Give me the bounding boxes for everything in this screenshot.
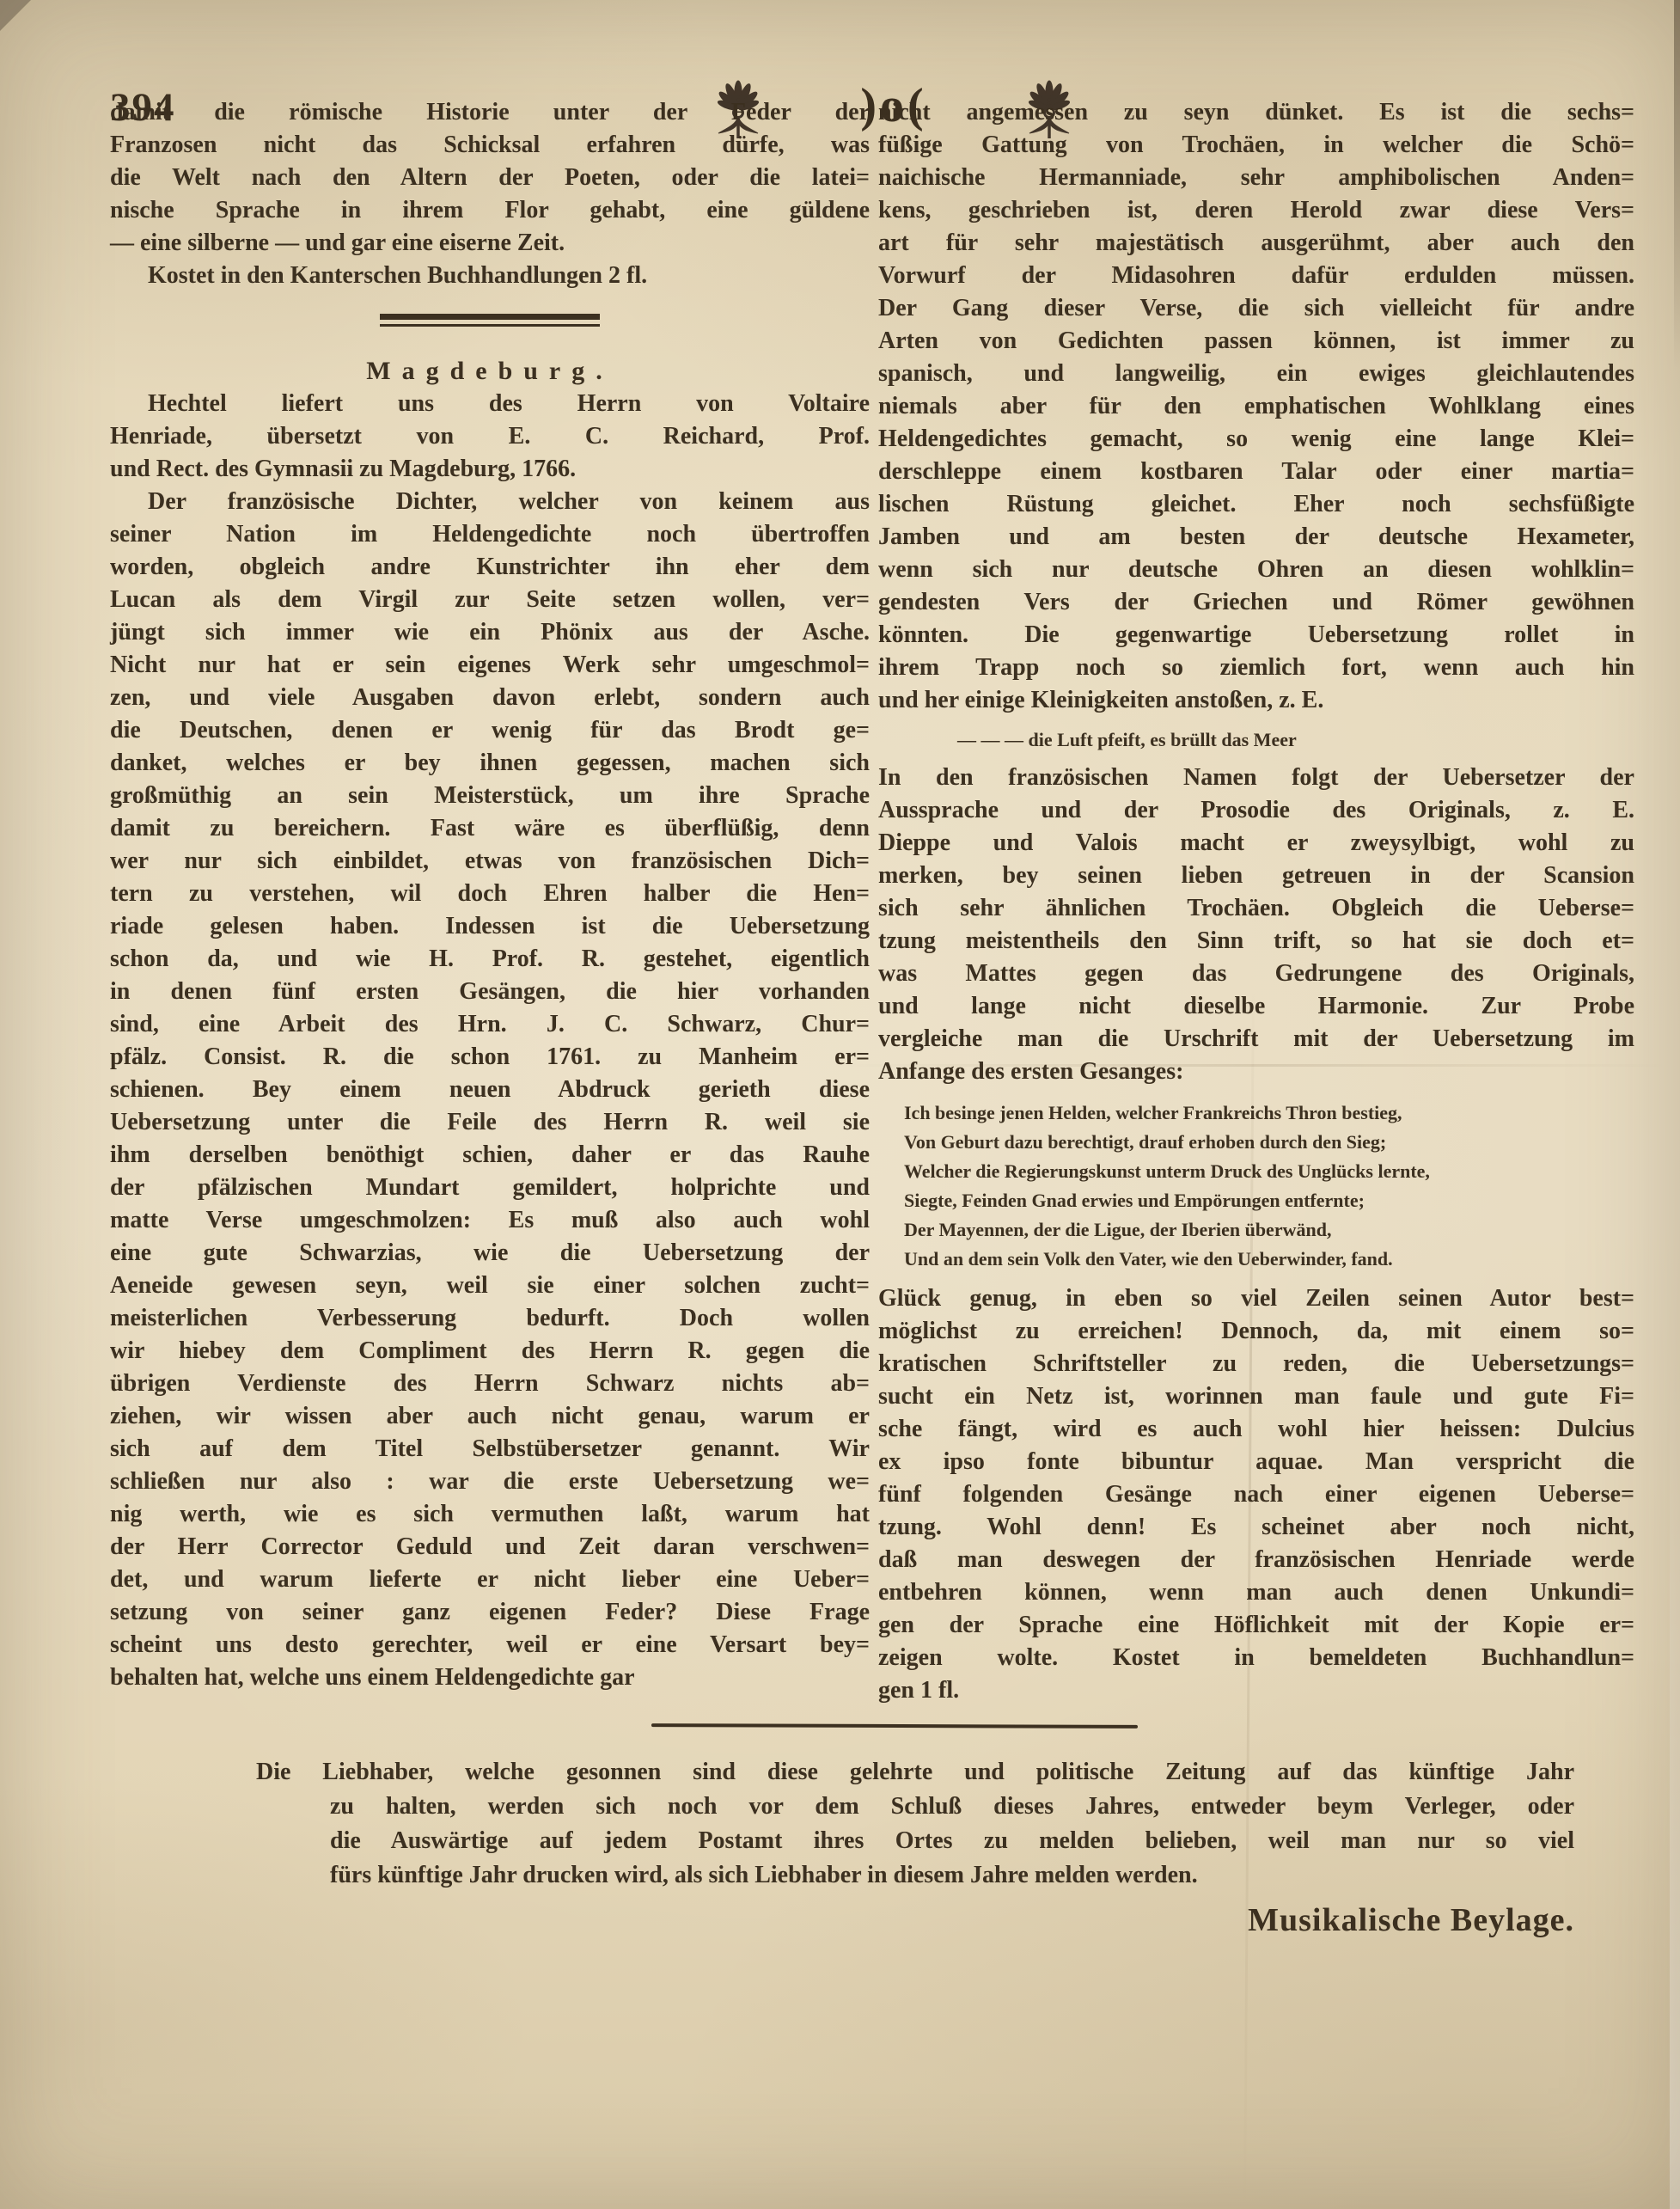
text-line: ex ipso fonte bibuntur aquae. Man verspr… [878, 1446, 1634, 1478]
paper-edge-highlight [1670, 1367, 1680, 2209]
subscription-notice: Die Liebhaber, welche gesonnen sind dies… [256, 1755, 1574, 1893]
text-line: jüngt sich immer wie ein Phönix aus der … [110, 616, 870, 649]
text-line: Der französische Dichter, welcher von ke… [110, 486, 870, 518]
text-line: worden, obgleich andre Kunstrichter ihn … [110, 551, 870, 584]
text-line: vergleiche man die Urschrift mit der Ueb… [878, 1023, 1634, 1056]
text-line: det, und warum lieferte er nicht lieber … [110, 1563, 870, 1596]
section-divider [380, 314, 600, 327]
notice-line: fürs künftige Jahr drucken wird, als sic… [256, 1858, 1574, 1893]
text-line: der pfälzischen Mundart gemildert, holpr… [110, 1172, 870, 1204]
text-line: In den französischen Namen folgt der Ueb… [878, 762, 1634, 794]
text-line: entbehren können, wenn man auch denen Un… [878, 1576, 1634, 1609]
verse-line: Ich besinge jenen Helden, welcher Frankr… [904, 1098, 1634, 1128]
text-line: — eine silberne — und gar eine eiserne Z… [110, 227, 870, 260]
text-line: damit zu bereichern. Fast wäre es überfl… [110, 812, 870, 845]
text-line: riade gelesen haben. Indessen ist die Ue… [110, 910, 870, 943]
section-heading: Magdeburg. [110, 355, 870, 388]
verse-line: Von Geburt dazu berechtigt, drauf erhobe… [904, 1128, 1634, 1157]
text-line: tern zu verstehen, wil doch Ehren halber… [110, 878, 870, 910]
text-line: könnten. Die gegenwartige Uebersetzung r… [878, 619, 1634, 652]
text-line: lischen Rüstung gleichet. Eher noch sech… [878, 488, 1634, 521]
text-line: Nicht nur hat er sein eigenes Werk sehr … [110, 649, 870, 682]
text-line: daß man deswegen der französischen Henri… [878, 1544, 1634, 1576]
paper-corner-shadow [0, 0, 31, 31]
verse-line: Der Mayennen, der die Ligue, der Iberien… [904, 1215, 1634, 1245]
text-line: Aussprache und der Prosodie des Original… [878, 794, 1634, 827]
text-line: ziehen, wir wissen aber auch nicht genau… [110, 1400, 870, 1433]
text-line: naichische Hermanniade, sehr amphibolisc… [878, 162, 1634, 194]
text-line: übrigen Verdienste des Herrn Schwarz nic… [110, 1368, 870, 1400]
text-line: Anfange des ersten Gesanges: [878, 1056, 1634, 1088]
right-paragraph-3: Glück genug, in eben so viel Zeilen sein… [878, 1282, 1634, 1707]
text-line: nicht angemessen zu seyn dünket. Es ist … [878, 96, 1634, 129]
text-line: Vorwurf der Midasohren dafür erdulden mü… [878, 260, 1634, 292]
right-column: nicht angemessen zu seyn dünket. Es ist … [878, 96, 1634, 1707]
text-line: Lucan als dem Virgil zur Seite setzen wo… [110, 584, 870, 616]
text-line: gen der Sprache eine Höflichkeit mit der… [878, 1609, 1634, 1642]
text-line: schon da, und wie H. Prof. R. gestehet, … [110, 943, 870, 976]
text-line: Uebersetzung unter die Feile des Herrn R… [110, 1106, 870, 1139]
text-line: in denen fünf ersten Gesängen, die hier … [110, 976, 870, 1008]
text-line: die Deutschen, denen er wenig für das Br… [110, 714, 870, 747]
verse-line: Welcher die Regierungskunst unterm Druck… [904, 1157, 1634, 1186]
text-line: kens, geschrieben ist, deren Herold zwar… [878, 194, 1634, 227]
text-line: gendesten Vers der Griechen und Römer ge… [878, 586, 1634, 619]
text-line: derschleppe einem kostbaren Talar oder e… [878, 456, 1634, 488]
text-line: Arten von Gedichten passen können, ist i… [878, 325, 1634, 358]
text-line: und her einige Kleinigkeiten anstoßen, z… [878, 684, 1634, 717]
text-line: meisterlichen Verbesserung bedurft. Doch… [110, 1302, 870, 1335]
text-line: Dieppe und Valois macht er zweysylbigt, … [878, 827, 1634, 860]
closing-line: Musikalische Beylage. [945, 1901, 1574, 1939]
text-line: sich auf dem Titel Selbstübersetzer gena… [110, 1433, 870, 1466]
text-line: spanisch, und langweilig, ein ewiges gle… [878, 358, 1634, 390]
text-line: Hechtel liefert uns des Herrn von Voltai… [110, 388, 870, 420]
text-line: danket, welches er bey ihnen gegessen, m… [110, 747, 870, 780]
verse-quote-line: — — — die Luft pfeift, es brüllt das Mee… [957, 725, 1634, 756]
text-line: scheint uns desto gerechter, weil er ein… [110, 1629, 870, 1661]
price-line: Kostet in den Kanterschen Buchhandlungen… [110, 260, 870, 292]
text-line: matte Verse umgeschmolzen: Es muß also a… [110, 1204, 870, 1237]
verse-line: Siegte, Feinden Gnad erwies und Empörung… [904, 1186, 1634, 1215]
text-line: der Herr Corrector Geduld und Zeit daran… [110, 1531, 870, 1563]
text-line: schließen nur also : war die erste Ueber… [110, 1466, 870, 1498]
verse-line: Und an dem sein Volk den Vater, wie den … [904, 1245, 1634, 1274]
text-line: sche fängt, wird es auch wohl hier heiss… [878, 1413, 1634, 1446]
right-paragraph-2: In den französischen Namen folgt der Ueb… [878, 762, 1634, 1088]
text-line: behalten hat, welche uns einem Heldenged… [110, 1661, 870, 1694]
text-line: und lange nicht dieselbe Harmonie. Zur P… [878, 990, 1634, 1023]
text-line: füßige Gattung von Trochäen, in welcher … [878, 129, 1634, 162]
text-line: wir hiebey dem Compliment des Herrn R. g… [110, 1335, 870, 1368]
text-line: sich sehr ähnlichen Trochäen. Obgleich d… [878, 892, 1634, 925]
text-line: nig werth, wie es sich vermuthen laßt, w… [110, 1498, 870, 1531]
text-line: Aeneide gewesen seyn, weil sie einer sol… [110, 1270, 870, 1302]
text-line: Franzosen nicht das Schicksal erfahren d… [110, 129, 870, 162]
text-line: kratischen Schriftsteller zu reden, die … [878, 1348, 1634, 1380]
text-line: ihm derselben benöthigt schien, daher er… [110, 1139, 870, 1172]
text-line: großmüthig an sein Meisterstück, um ihre… [110, 780, 870, 812]
text-line: Henriade, übersetzt von E. C. Reichard, … [110, 420, 870, 453]
text-line: tzung meistentheils den Sinn trift, so h… [878, 925, 1634, 958]
text-line: sind, eine Arbeit des Hrn. J. C. Schwarz… [110, 1008, 870, 1041]
text-line: zen, und viele Ausgaben davon erlebt, so… [110, 682, 870, 714]
text-line: eine gute Schwarzias, wie die Uebersetzu… [110, 1237, 870, 1270]
verse-block: Ich besinge jenen Helden, welcher Frankr… [904, 1098, 1634, 1274]
text-line: möglichst zu erreichen! Dennoch, da, mit… [878, 1315, 1634, 1348]
left-paragraph-2: Hechtel liefert uns des Herrn von Voltai… [110, 388, 870, 486]
text-line: zeigen wolte. Kostet in bemeldeten Buchh… [878, 1642, 1634, 1674]
left-column: damit die römische Historie unter der Fe… [110, 96, 870, 1694]
scanned-newspaper-page: 394 )o( [0, 0, 1680, 2209]
text-line: Jamben und am besten der deutsche Hexame… [878, 521, 1634, 554]
notice-line: Die Liebhaber, welche gesonnen sind dies… [256, 1755, 1574, 1790]
text-line: setzung von seiner ganz eigenen Feder? D… [110, 1596, 870, 1629]
notice-line: zu halten, werden sich noch vor dem Schl… [256, 1790, 1574, 1824]
text-line: art für sehr majestätisch ausgerühmt, ab… [878, 227, 1634, 260]
text-line: tzung. Wohl denn! Es scheinet aber noch … [878, 1511, 1634, 1544]
text-line: gen 1 fl. [878, 1674, 1634, 1707]
text-line: pfälz. Consist. R. die schon 1761. zu Ma… [110, 1041, 870, 1074]
right-paragraph-1: nicht angemessen zu seyn dünket. Es ist … [878, 96, 1634, 717]
text-line: die Welt nach den Altern der Poeten, ode… [110, 162, 870, 194]
text-line: seiner Nation im Heldengedichte noch übe… [110, 518, 870, 551]
footer-divider [651, 1723, 1138, 1729]
text-line: Heldengedichtes gemacht, so wenig eine l… [878, 423, 1634, 456]
left-paragraph-3: Der französische Dichter, welcher von ke… [110, 486, 870, 1694]
left-paragraph-1: damit die römische Historie unter der Fe… [110, 96, 870, 260]
paper-edge-shadow [1674, 0, 1680, 370]
text-line: damit die römische Historie unter der Fe… [110, 96, 870, 129]
text-line: schienen. Bey einem neuen Abdruck geriet… [110, 1074, 870, 1106]
text-line: wer nur sich einbildet, etwas von franzö… [110, 845, 870, 878]
text-line: nische Sprache in ihrem Flor gehabt, ein… [110, 194, 870, 227]
text-line: sucht ein Netz ist, worinnen man faule u… [878, 1380, 1634, 1413]
notice-line: die Auswärtige auf jedem Postamt ihres O… [256, 1824, 1574, 1858]
text-line: Der Gang dieser Verse, die sich vielleic… [878, 292, 1634, 325]
text-line: Glück genug, in eben so viel Zeilen sein… [878, 1282, 1634, 1315]
text-line: merken, bey seinen lieben getreuen in de… [878, 860, 1634, 892]
text-line: was Mattes gegen das Gedrungene des Orig… [878, 958, 1634, 990]
text-line: ihrem Trapp noch so ziemlich fort, wenn … [878, 652, 1634, 684]
text-line: und Rect. des Gymnasii zu Magdeburg, 176… [110, 453, 870, 486]
text-line: niemals aber für den emphatischen Wohlkl… [878, 390, 1634, 423]
text-line: fünf folgenden Gesänge nach einer eigene… [878, 1478, 1634, 1511]
text-line: wenn sich nur deutsche Ohren an diesen w… [878, 554, 1634, 586]
